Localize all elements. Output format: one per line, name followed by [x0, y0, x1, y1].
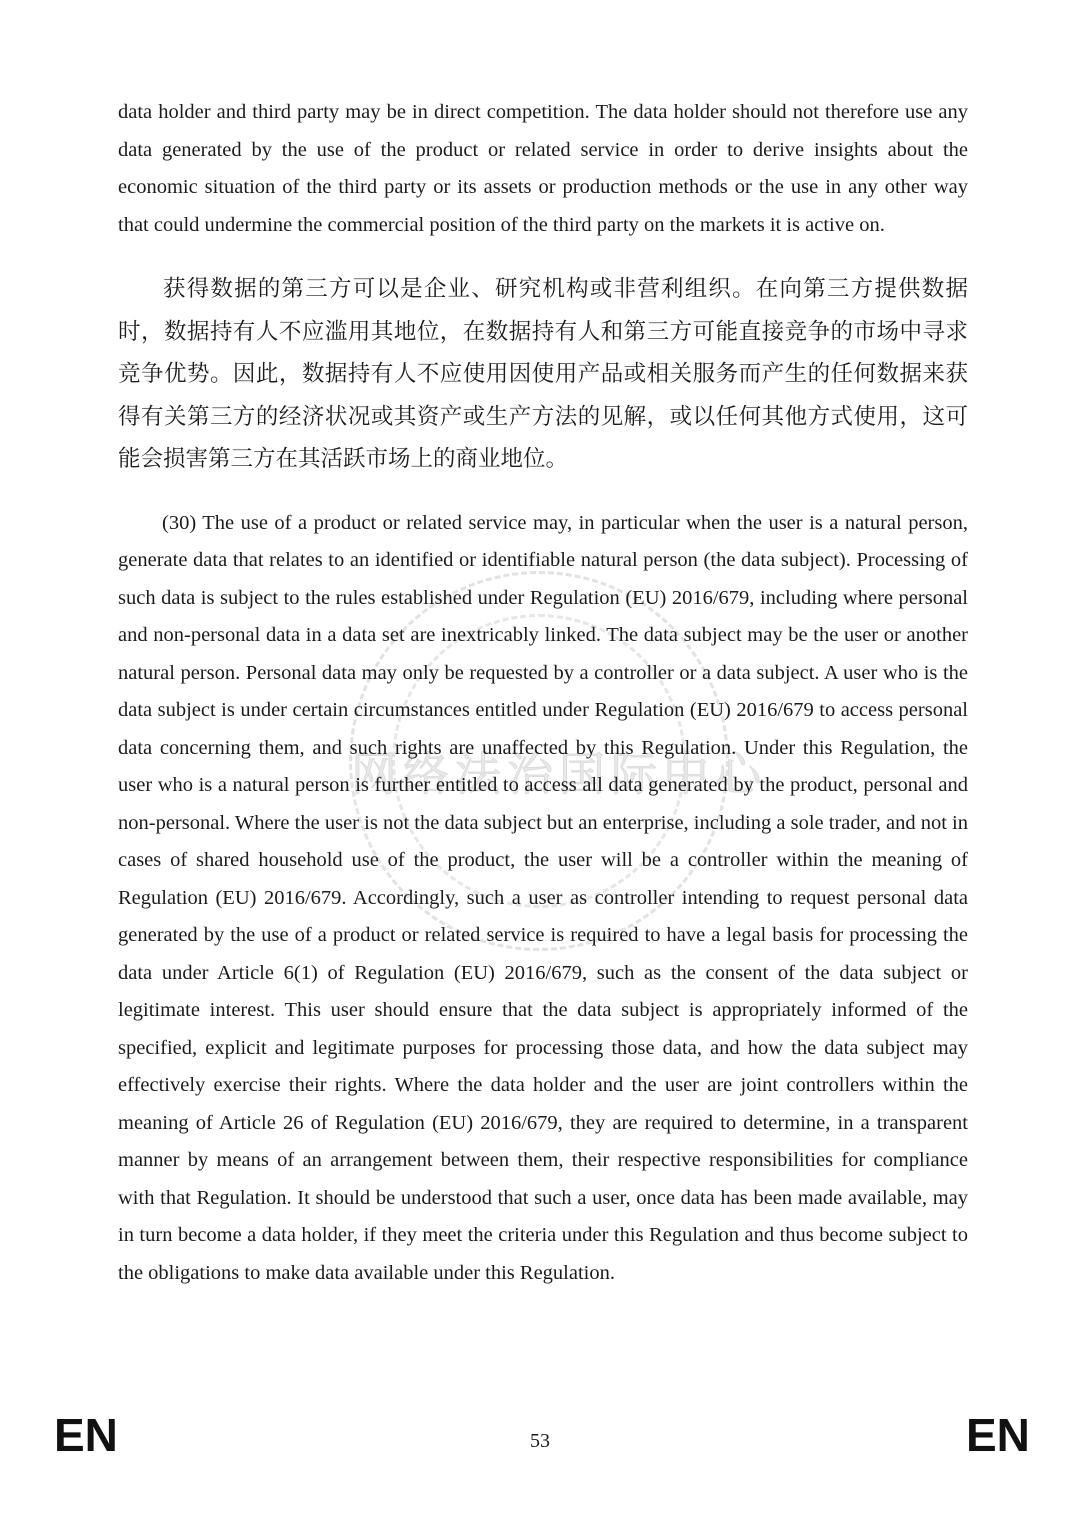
footer-language-marker-right: EN [966, 1412, 1030, 1526]
paragraph-chinese-translation: 获得数据的第三方可以是企业、研究机构或非营利组织。在向第三方提供数据时，数据持有… [118, 268, 968, 481]
document-page: 网络法治国际中心 data holder and third party may… [0, 0, 1080, 1526]
paragraph-recital-30: (30) The use of a product or related ser… [118, 505, 968, 1293]
page-content: data holder and third party may be in di… [118, 94, 968, 1292]
page-number: 53 [0, 1430, 1080, 1453]
paragraph-english-continuation: data holder and third party may be in di… [118, 94, 968, 244]
